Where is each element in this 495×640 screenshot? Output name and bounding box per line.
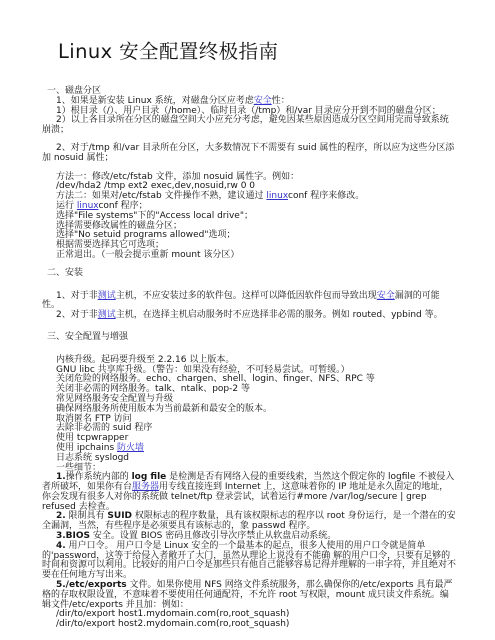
text-run: 1、如果是新安装 Linux 系统，对磁盘分区应考虑 [56, 96, 254, 106]
text-run: 根据需要选择其它可选项； [56, 240, 164, 250]
text-run: 选择"File systems"下的"Access local drive"； [56, 211, 253, 221]
text-run: 方法二：如果对/etc/fstab 文件操作不熟，建议通过 [56, 191, 266, 201]
text-run: 常见网络服务安全配置与升级 [56, 394, 173, 404]
text-run: 主机，不应安装过多的软件包。这样可以降低因软件包而导致出现 [116, 291, 377, 301]
doc-line: 2、对于非测试主机，在选择主机启动服务时不应选择非必需的服务。例如 routed… [42, 311, 457, 321]
text-run: conf 程序来修改。 [288, 191, 364, 201]
text-run: 用户口令。 用户口令是 Linux 安全的一个最基本的起点，很多人使用的用户口令… [42, 541, 456, 580]
inline-link[interactable]: 防火墙 [117, 443, 144, 453]
doc-para: 2. 限制具有 SUID 权限标志的程序数量，具有该权限标志的程序以 root … [42, 512, 457, 532]
text-run: 主机，在选择主机启动服务时不应选择非必需的服务。例如 routed、ypbind… [116, 310, 443, 320]
text-run: 确保网络服务所使用版本为当前最新和最安全的版本。 [56, 404, 272, 414]
text-run: 2、对于非 [56, 310, 98, 320]
text-run: 限制具有 [66, 511, 108, 521]
text-run: 1、对于非 [56, 291, 98, 301]
text-run: 方法一：修改/etc/fstab 文件，添加 nosuid 属性字。例如： [56, 172, 299, 182]
doc-heading: 三、安全配置与增强 [42, 333, 457, 343]
doc-line: 1、对于非测试主机，不应安装过多的软件包。这样可以降低因软件包而导致出现安全漏洞… [42, 292, 457, 312]
inline-link[interactable]: linux [77, 201, 99, 211]
doc-para: 5./etc/exports 文件。如果你使用 NFS 网络文件系统服务，那么确… [42, 581, 457, 610]
text-run: 二、安装 [47, 268, 83, 278]
bold-text-run: 5./etc/exports [56, 580, 127, 590]
text-run: nosuid 属性； [51, 153, 114, 163]
inline-link[interactable]: linux [266, 191, 288, 201]
text-run: 内核升级。起码要升级至 2.2.16 以上版本。 [56, 355, 234, 365]
text-run: 关闭危险的网络服务。echo、chargen、shell、login、finge… [56, 374, 375, 384]
doc-line: 2）以上各目录所在分区的磁盘空间大小应充分考虑，避免因某些原因造成分区空间用完而… [42, 116, 457, 136]
text-run: 2）以上各目录所在分区的磁盘空间大小应充分考虑，避免因某些原因造成分区空间用完而… [42, 115, 449, 135]
text-run: 使用 tcpwrapper [56, 433, 128, 443]
text-run: 性： [272, 96, 290, 106]
doc-para: 2、对于/tmp 和/var 目录所在分区，大多数情况下不需要有 suid 属性… [42, 144, 457, 164]
doc-para: 1.操作系统内部的 log file 是检测是否有网络入侵的重要线索，当然这个假… [42, 473, 457, 512]
doc-para: 4. 用户口令。 用户口令是 Linux 安全的一个最基本的起点，很多人使用的用… [42, 542, 457, 581]
bold-text-run: 3.BIOS [56, 531, 90, 541]
text-run: 操作系统内部的 [66, 472, 132, 482]
text-run: 使用 ipchains [56, 443, 117, 453]
doc-line: 正常退出。（一般会提示重新 mount 该分区） [42, 251, 457, 261]
text-run: 正常退出。（一般会提示重新 mount 该分区） [56, 250, 239, 260]
inline-link[interactable]: 测试 [98, 291, 116, 301]
doc-line: 日志系统 syslogd [42, 454, 457, 464]
text-run: 安全。设置 BIOS 密码且修改引导次序禁止从软盘启动系统。 [90, 531, 336, 541]
page-title: Linux 安全配置终极指南 [58, 40, 457, 63]
bold-text-run: 2. [56, 511, 66, 521]
bold-text-run: SUID [107, 511, 132, 521]
document-viewport: { "page": { "background": "#ffffff", "te… [0, 0, 495, 640]
text-run: 去除非必需的 suid 程序 [56, 423, 152, 433]
bold-text-run: log file [132, 472, 167, 482]
text-run: 关闭非必需的网络服务。talk、ntalk、pop-2 等 [56, 384, 250, 394]
text-run: /dir/to/export host1.mydomain.com(ro,roo… [56, 609, 289, 619]
text-run: 选择"No setuid programs allowed"选项； [56, 230, 236, 240]
text-run: 日志系统 syslogd [56, 453, 129, 463]
bold-text-run: 1. [56, 472, 66, 482]
inline-link[interactable]: 服务器 [132, 482, 159, 492]
doc-line: /dir/to/export host2.mydomain.com(ro,roo… [42, 620, 457, 630]
text-run: 三、安全配置与增强 [47, 332, 128, 342]
document-body: 一、磁盘分区1、如果是新安装 Linux 系统，对磁盘分区应考虑安全性：1）根目… [42, 87, 457, 630]
text-run: conf 程序； [98, 201, 147, 211]
text-run: 一、磁盘分区 [47, 86, 101, 96]
text-run: 一些细节： [56, 463, 101, 473]
text-run: /dir/to/export host2.mydomain.com(ro,roo… [56, 619, 289, 629]
doc-heading: 二、安装 [42, 269, 457, 279]
text-run: /dev/hda2 /tmp ext2 exec,dev,nosuid,rw 0… [56, 181, 255, 191]
bold-text-run: 4. [56, 541, 66, 551]
inline-link[interactable]: 安全 [377, 291, 395, 301]
document-page: Linux 安全配置终极指南 一、磁盘分区1、如果是新安装 Linux 系统，对… [0, 0, 495, 640]
inline-link[interactable]: 测试 [98, 310, 116, 320]
text-run: 运行 [56, 201, 77, 211]
inline-link[interactable]: 安全 [254, 96, 272, 106]
